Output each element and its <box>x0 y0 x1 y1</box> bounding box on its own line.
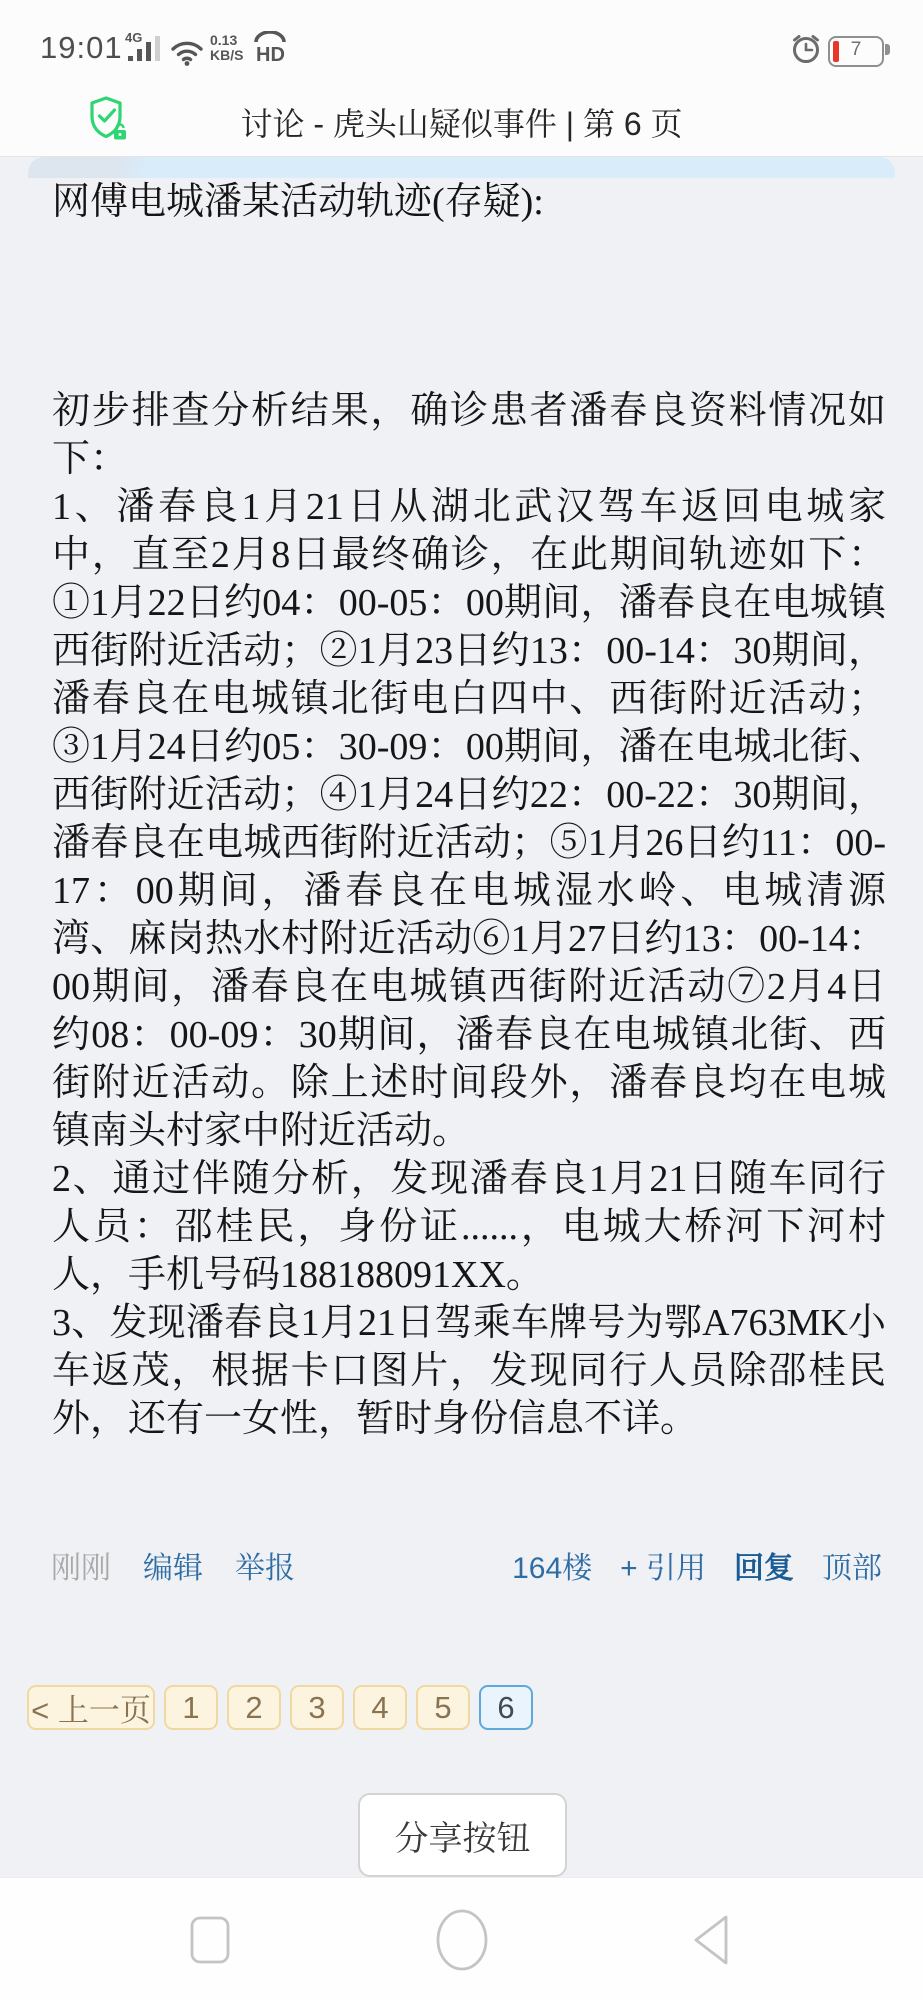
page-button-5[interactable]: 5 <box>416 1685 470 1730</box>
floor-number-link[interactable]: 164楼 <box>512 1543 592 1587</box>
page-button-2[interactable]: 2 <box>227 1685 281 1730</box>
volte-hd-icon: HD <box>252 31 288 65</box>
battery-percent: 7 <box>830 39 882 61</box>
page-button-6-current[interactable]: 6 <box>479 1685 533 1730</box>
speed-value: 0.13 <box>210 33 243 48</box>
page-button-1[interactable]: 1 <box>164 1685 218 1730</box>
wifi-icon <box>170 39 204 66</box>
post-body-text: 初步排查分析结果，确诊患者潘春良资料情况如下： 1、潘春良1月21日从湖北武汉驾… <box>52 387 886 1443</box>
post-paragraph: 1、潘春良1月21日从湖北武汉驾车返回电城家中，直至2月8日最终确诊，在此期间轨… <box>52 483 886 1155</box>
clock-time: 19:01 <box>40 30 123 66</box>
back-button[interactable] <box>652 1878 772 2000</box>
pagination: < 上一页 1 2 3 4 5 6 <box>27 1685 533 1730</box>
page-button-4[interactable]: 4 <box>353 1685 407 1730</box>
speed-unit: KB/S <box>210 48 243 63</box>
share-button[interactable]: 分享按钮 <box>358 1793 567 1877</box>
browser-header: 讨论 - 虎头山疑似事件 | 第 6 页 <box>0 75 923 157</box>
post-timestamp: 刚刚 <box>51 1543 111 1587</box>
edit-link[interactable]: 编辑 <box>143 1543 203 1587</box>
square-icon <box>188 1914 232 1966</box>
card-top-bar <box>28 157 895 178</box>
page-button-3[interactable]: 3 <box>290 1685 344 1730</box>
home-button[interactable] <box>402 1878 522 2000</box>
oval-icon <box>434 1907 490 1973</box>
post-paragraph: 初步排查分析结果，确诊患者潘春良资料情况如下： <box>52 387 886 483</box>
back-triangle-icon <box>688 1910 736 1970</box>
reply-link[interactable]: 回复 <box>734 1543 794 1587</box>
prev-page-button[interactable]: < 上一页 <box>27 1685 155 1730</box>
page-title: 讨论 - 虎头山疑似事件 | 第 6 页 <box>0 99 923 145</box>
svg-text:HD: HD <box>256 44 285 65</box>
battery-indicator: 7 <box>828 36 884 67</box>
quote-link[interactable]: + 引用 <box>620 1543 706 1587</box>
report-link[interactable]: 举报 <box>235 1543 295 1587</box>
alarm-clock-icon <box>790 33 822 65</box>
post-paragraph: 3、发现潘春良1月21日驾乘车牌号为鄂A763MK小车返茂，根据卡口图片，发现同… <box>52 1299 886 1443</box>
post-title-line: 网傅电城潘某活动轨迹(存疑): <box>52 178 884 226</box>
recents-button[interactable] <box>150 1878 270 2000</box>
network-speed-indicator: 0.13 KB/S <box>210 33 243 63</box>
android-nav-bar <box>0 1877 923 2000</box>
post-action-row: 刚刚 编辑 举报 164楼 + 引用 回复 顶部 <box>51 1543 882 1585</box>
phone-screen: 19:01 4G 0.13 KB/S HD <box>0 0 923 2000</box>
status-bar: 19:01 4G 0.13 KB/S HD <box>0 0 923 75</box>
post-paragraph: 2、通过伴随分析，发现潘春良1月21日随车同行人员：邵桂民，身份证......，… <box>52 1155 886 1299</box>
svg-text:4G: 4G <box>125 30 142 45</box>
back-to-top-link[interactable]: 顶部 <box>822 1543 882 1587</box>
page-content: 网傅电城潘某活动轨迹(存疑): 初步排查分析结果，确诊患者潘春良资料情况如下： … <box>0 157 923 1877</box>
cellular-signal-icon: 4G <box>124 30 166 64</box>
